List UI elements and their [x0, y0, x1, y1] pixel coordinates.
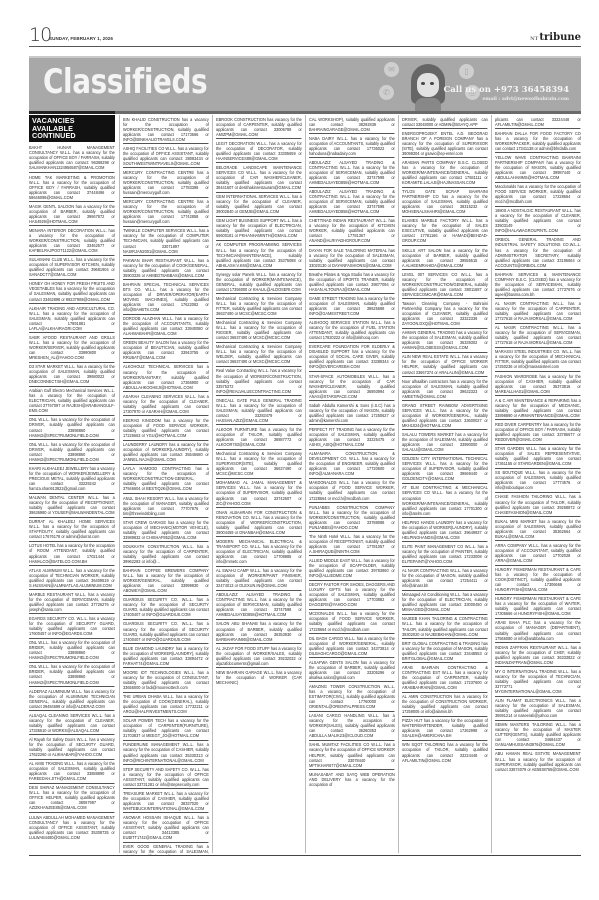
- classified-ad: BLUE DIAMOND LAUNDRY has a vacancy for t…: [123, 644, 209, 668]
- column-divider: [305, 115, 306, 853]
- classified-ad: Real Value Contracting W.L.L. has a vaca…: [216, 367, 302, 396]
- classified-ad: MY G INTERNATIONAL TRADING W.L.L. has a …: [495, 667, 581, 696]
- classified-ad: D3 STAR MARKET W.L.L. has a vacancy for …: [29, 363, 115, 387]
- classified-ad: YELLOW WAVE CONTRACTING BAHRAINI PARTNER…: [495, 153, 581, 182]
- classified-ad: AL NASIR CONTRACTING W.L.L. has a vacanc…: [495, 324, 581, 348]
- classified-ad: Mechanical Contracting & Services Compan…: [216, 294, 302, 318]
- classified-ad: ENERGOPROJEKT ENTEL A.D. BEOGRAD BRANCH …: [402, 129, 488, 158]
- classified-ad: GOLDEN CITY INTERNATIONAL TECHNICAL SERV…: [402, 455, 488, 484]
- classified-ad: SABR AFOOD RESTAURANT AND GRILLS W.L.L. …: [29, 333, 115, 362]
- classified-ad: KHARI ALKHALEEJ JEWELLERY has a vacancy …: [29, 464, 115, 493]
- classified-columns: VACANCIES AVAILABLE CONTINUED BAKHT HUNA…: [29, 115, 581, 856]
- classified-ad: ORBIOL GENERAL TRADING AND INDUSTRIAL SA…: [495, 236, 581, 270]
- classified-ad: HUNGRY FISHERMAN RESTAURANT & CAFE has a…: [495, 595, 581, 619]
- classified-ad: Mechanical Contracting & Services Compan…: [216, 319, 302, 343]
- classified-ad: PAKWAN BHAR RESTAURANT W.L.L. has a vaca…: [123, 256, 209, 280]
- classified-ad: ONAN ALBAHRAIN FOR CONSTRUCTION & RENOVA…: [216, 508, 302, 537]
- classified-ad: ASHIQ FACILITIES CO W.L.L. has a vacancy…: [123, 144, 209, 168]
- section-heading: VACANCIES AVAILABLE CONTINUED: [29, 115, 115, 142]
- classified-ad: MALWAN DENTAL CENTER W.L.L. has a vacanc…: [29, 494, 115, 518]
- classified-ad: ALDERAZ ALUMINIUM W.L.L. has a vacancy f…: [29, 687, 115, 711]
- banner-rule: [29, 111, 581, 114]
- classified-ad: AL AMIS TRADING W.L.L. has a vacancy for…: [29, 760, 115, 784]
- classified-ad: AL NASR CONTRACTING W.L.L. has a vacancy…: [402, 567, 488, 591]
- classified-ad: DURRAT AL KHALEEJ HOME SERVICES W.L.L. h…: [29, 518, 115, 542]
- classified-ad: ALSAFWA GENTS SALON has a vacancy for th…: [309, 658, 395, 682]
- classified-ad: NABA DAIRY W.L.L. has a vacancy for the …: [309, 134, 395, 158]
- classified-ad: HOME TAK MARKETING & PROMOTION W.L.L. ha…: [29, 173, 115, 202]
- email-contact: email : advt@newsofbahrain.com: [482, 97, 569, 102]
- classified-ad: DRIVER, suitably qualified applicants ca…: [402, 115, 488, 129]
- classified-ad: ARRA COMPANY W.L.L. has a vacancy for th…: [495, 541, 581, 565]
- classified-ad: BAHRAIN DALLA FOR FOOD FACTORY CO has a …: [495, 129, 581, 153]
- classified-ad: ALSHOOQ SERVICES STATION W.L.L. has a va…: [309, 319, 395, 343]
- classified-ad: AHMAN GENERAL TRADING has a vacancy for …: [402, 329, 488, 353]
- classified-ad: CAL WORKSHOP), suitably qualified applic…: [309, 115, 395, 134]
- page-number: 10: [29, 26, 51, 45]
- classified-ad: Tawoon Cleaning Company - Bahraini Partn…: [402, 299, 488, 328]
- mail-icon: ✉: [384, 62, 399, 77]
- classified-ad: ALKOHOUZ TECHNICAL SERVICES has a vacanc…: [123, 363, 209, 392]
- issue-date: SUNDAY, FEBRUARY 1, 2026: [49, 36, 113, 41]
- classified-ad: GEM INTERNATIONAL SERVICES W.L.L. has a …: [216, 193, 302, 217]
- classified-ad: GAME STREET TRADING has a vacancy for th…: [309, 294, 395, 318]
- classified-ad: Synergy solar Panels W.L.L. has a vacanc…: [216, 270, 302, 294]
- classified-ad: SALON ABU SHANAB has a vacancy for the o…: [216, 620, 302, 644]
- classified-ad: DIL BAGH CARGO W.L.L. has a vacancy for …: [309, 634, 395, 658]
- classified-ad: ONL W.L.L. has a vacancy for the occupat…: [29, 416, 115, 440]
- classified-ad: GUARDIUS SECURITY CO. W.L.L. has a vacan…: [123, 620, 209, 644]
- classified-ad: MARBLE RESTAURANT W.L.L. has a vacancy f…: [29, 590, 115, 614]
- classified-ad: Mechanical Contracting & Services Compan…: [216, 343, 302, 367]
- classified-ad: Breathe Pilates & Yoga Studio has a vaca…: [309, 270, 395, 294]
- classified-ad: AL AMIN CONSTRUCTION has a vacancy for t…: [402, 693, 488, 717]
- classified-ad: WIN SQOT TAILORING has a vacancy for the…: [402, 741, 488, 764]
- classified-ad: MENARA INTERIOR DECORATION W.L.L. has a …: [29, 226, 115, 255]
- classified-ad: PUNJABBS CONSTRUCTION COMPANY W.L.L. has…: [309, 503, 395, 532]
- classified-ad: SS BOUTIQUE W.L.L. has a vacancy for the…: [495, 469, 581, 493]
- classified-ad: FUNDERLINE MANAGEMENT W.L.L. has a vacan…: [123, 741, 209, 765]
- classified-ad: ALMANARA CONSTRUCTION & DEVELOPMENT CO. …: [309, 450, 395, 479]
- classified-ad: Al Rayah for Safety Doors W.L.L. has a v…: [29, 735, 115, 759]
- customer-service-illustration: [409, 64, 447, 114]
- masthead-logo: NTtribune: [530, 32, 581, 43]
- classified-ad: ABU HAMAN REAL ESTATE MANAGEMENT W.L.L. …: [495, 750, 581, 773]
- classified-ad: The Ninth Hotel W.L.L. has a vacancy for…: [309, 532, 395, 556]
- classified-ad: SOLAR POWER TECH has a vacancy for the o…: [123, 717, 209, 741]
- classified-ad: TREASURE MARKET W.L.L. has a vacancy for…: [123, 789, 209, 813]
- classified-ad: LEGIT DECORATION W.L.L. has a vacancy fo…: [216, 139, 302, 163]
- classified-ad: Noor alhaalbin contractors has a vacancy…: [402, 377, 488, 401]
- classified-ad: MAKDONALDS W.L.L. has a vacancy for the …: [309, 479, 395, 503]
- classified-ad: Mimaaged Air Conditioning W.L.L. has a v…: [402, 591, 488, 615]
- column-3: EBROOK CONSTRUCTION has vacancy for the …: [216, 115, 302, 855]
- classified-ad: DESI SHIRAZ MANAGEMENT CONSULTANCY W.L.L…: [29, 784, 115, 813]
- classified-ad: Arabian Gulf Electro Mechanical Services…: [29, 387, 115, 416]
- masthead-prefix: NT: [530, 36, 538, 42]
- classified-ad: LASANI CARGO HANDLING W.L.L. has a vacan…: [309, 712, 395, 741]
- classified-ad: MERCURY CONTRACTING CENTRE has a vacancy…: [123, 198, 209, 227]
- classified-ad: RED DIVER CARPENTRY has a vacancy for th…: [495, 420, 581, 444]
- classified-ad: BRIT GLOBAL CONTRACTING & TRADING has a …: [402, 639, 488, 663]
- classified-ad: AL NASIR CONTRACTING W.L.L. has a vacanc…: [495, 299, 581, 323]
- classified-ad: NEW BAHRAIN GARAGE W.L.L. has a vacancy …: [216, 668, 302, 686]
- column-5: DRIVER, suitably qualified applicants ca…: [402, 115, 488, 855]
- classified-ad: ELAMES MARBLE FACTORY W.L.L. has a vacan…: [402, 217, 488, 246]
- classified-ad: GEM LIGHT BUSINESS SUPPORT W.L.L. has a …: [216, 217, 302, 241]
- classified-ad: SULAIMANI CLUB W.L.L. has a vacancy for …: [29, 256, 115, 280]
- classified-ad: ALLIED MIDDLE EAST W.L.L. has a vacancy …: [309, 556, 395, 580]
- classified-ad: ANUL SHAH RESORT W.L.L. has a vacancy fo…: [123, 494, 209, 518]
- classified-ad: EBROOK CONSTRUCTION has vacancy for the …: [216, 115, 302, 139]
- classified-ad: BIN KHALID CONSTRUCTION has a vacancy fo…: [123, 115, 209, 144]
- classified-ad: ARABIAN PARTS COMPANY B.S.C. CLOSED has …: [402, 158, 488, 187]
- phone-icon: ✆: [379, 85, 394, 100]
- classified-ad: INDIAN ZAFFRAN RESTAURANT W.L.L. has a v…: [495, 643, 581, 667]
- classified-ad: Macdonalds has a vacancy for the occupat…: [495, 183, 581, 207]
- column-4: CAL WORKSHOP), suitably qualified applic…: [309, 115, 395, 855]
- classified-ad: plicants can contact 33224448 or AFLAMIL…: [495, 115, 581, 129]
- classified-ad: AMAZING TOWER CONSTRUCTION W.L.L. has a …: [309, 682, 395, 711]
- classified-ad: LAUNDERRY LAUNDRY has a vacancy for the …: [123, 441, 209, 465]
- classified-ad: THE URBAN DHABA W.L.L. has a vacancy for…: [123, 693, 209, 717]
- column-2: BIN KHALID CONSTRUCTION has a vacancy fo…: [123, 115, 209, 855]
- classified-ad: MUNASABAT AND SAYQ WEB OPERATION AND DEL…: [309, 770, 395, 788]
- classified-ad: AL SWAHJ CAMP W.L.L. has a vacancy for t…: [216, 567, 302, 591]
- classified-ad: STEP SECURITY AND SAFETY CO. W.L.L. has …: [123, 765, 209, 789]
- classified-ad: ALSAQAL CLEANING SERVICES W.L.L. has a v…: [29, 711, 115, 735]
- classified-ad: GRAND STREET RAINBOW ADVERTISING SERVICE…: [402, 401, 488, 430]
- classified-ad: ALKOOR FURNITURE has a vacancy for the o…: [216, 425, 302, 449]
- classified-ad: ELITE PAINT MANAGEMENT CO W.L.L. has a v…: [402, 542, 488, 566]
- classified-ad: ALIN FLAMAT ELECTRONICS W.L.L. has a vac…: [495, 697, 581, 721]
- phone-contact: Call us on +973 36458394: [443, 85, 569, 95]
- classified-ad: GUARDIUS SECURITY CO. W.L.L. has a vacan…: [123, 596, 209, 620]
- classified-ad: SKILLS ART SALON has a vacancy for the o…: [402, 246, 488, 270]
- classified-ad: Sabah Abdulla Kamershi & Sons (I.S.C) ha…: [309, 401, 395, 425]
- classified-ad: FASHION WARDROBE has a vacancy for the o…: [495, 372, 581, 396]
- classified-ad: AL JAZAF FOR FOOD STUFF has a vacancy fo…: [216, 644, 302, 668]
- classified-ad: PERFECT FIT TRADING has a vacancy for th…: [309, 425, 395, 449]
- classified-ad: ALIN NEW REAL ESTATE W.L.L. has a vacanc…: [402, 353, 488, 377]
- classified-ad: LULWA ABDULLAH MOHAMED MANAGEMENT CONSUL…: [29, 813, 115, 841]
- classified-ad: ONL W.L.L. has a vacancy for the occupat…: [29, 440, 115, 464]
- column-divider: [119, 115, 120, 853]
- classified-ad: AT ELM CONTRACTING & MECHANICAL SERVICES…: [402, 484, 488, 518]
- classified-ad: MAGIK GENTL SALOON has a vacancy for the…: [29, 202, 115, 226]
- classified-ad: ARAB BAHRAIN CONTRACTING & CONTRACTING E…: [402, 663, 488, 692]
- classified-ad: ASARAH CLEANING SERVICES W.L.L. has a va…: [123, 392, 209, 416]
- classified-ad: MODERN MECHANICAL ELECTRICAL & TRANSPORT…: [216, 537, 302, 566]
- classified-ad: ABDULAZIZ ALSAYED TRADING & CONTRACTING …: [216, 591, 302, 620]
- section-title: Classifieds: [43, 60, 207, 104]
- classified-ad: EVERCARE FOUNDATION FOR ELDERLY & DISABL…: [309, 343, 395, 372]
- classified-ad: EVER GOOD GENERAL TRADING has a vacancy …: [123, 843, 209, 855]
- classified-ad: HELPING HANDS LAUNDRY has a vacancy for …: [402, 518, 488, 542]
- classified-ad: SAHIL MUMTAZ FACILITIES CO W.L.L. has a …: [309, 741, 395, 770]
- classified-ad: TWINKLE COMPUTER SERVICES W.L.L. has a v…: [123, 227, 209, 256]
- classified-ad: HUNGRY FISHERMAN RESTAURANT & CAFE has a…: [495, 566, 581, 595]
- classified-ad: SALALU TOWERS MARKET has a vacancy for t…: [402, 430, 488, 454]
- classified-ad: BAHRAIN SPECIAL TECHNICAL SERVICES BTS C…: [123, 280, 209, 314]
- classified-ad: BAHRAIN COFFEE BREWERS COMPANY W.L.L. ha…: [123, 567, 209, 596]
- classified-ad: KEERAD KINGDOM has a vacancy for the occ…: [123, 416, 209, 440]
- column-6: plicants can contact 33224448 or AFLAMIL…: [495, 115, 581, 855]
- classified-ad: CHASE FASHION TAILORING W.L.L. has a vac…: [495, 493, 581, 517]
- classified-ad: SEMIN MASTERS TAILORING W.L.L. has a vac…: [495, 721, 581, 750]
- masthead-name: tribune: [539, 32, 581, 43]
- classified-ad: ATLAS ALMINIUM W.L.L. has a vacancy for …: [29, 566, 115, 590]
- classified-ad: NAJEEB KHAN TAILORING & CONTRACTING W.L.…: [402, 615, 488, 639]
- page-header: 10 SUNDAY, FEBRUARY 1, 2026 NTtribune: [29, 26, 581, 47]
- classifieds-banner: Classifieds ✉ ✆ ▯ ⎙ Call us on +973 3645…: [29, 56, 581, 114]
- classified-ad: DAYAN FOR SALE TAILORING MATERIAL has a …: [309, 246, 395, 270]
- classified-ad: A & C AIR MAINTENANCE & REPAIRING has a …: [495, 396, 581, 420]
- classified-ad: Mechanical Contracting & Services Compan…: [216, 450, 302, 479]
- classified-ad: MOORE IOT TECHNOLOGIES W.L.L. has a vaca…: [123, 668, 209, 692]
- column-divider: [398, 115, 399, 853]
- classified-ad: LAYLA HAMOOD CONTRACTING has a vacancy f…: [123, 465, 209, 494]
- classified-ad: STAR CREW GARAGE has a vacancy for the o…: [123, 518, 209, 542]
- classified-ad: SOUKKATH CONSTRUCTION W.L.L. has a vacan…: [123, 542, 209, 566]
- classified-ad: BAKHT HUNAR MANAGEMENT CONSULTANCY W.L.L…: [29, 144, 115, 173]
- classified-ad: STAR-SPACE AUTOMOBILES W.L.L. has a vaca…: [309, 372, 395, 401]
- classified-ad: HONEY OH HONEY FOR FRESH FRUITS AND VEGE…: [29, 280, 115, 304]
- classified-ad: MARASSI STEEL INDUSTRIES CO. W.L.L. has …: [495, 348, 581, 372]
- classified-ad: ABDULAZIZ ALSAYED TRADING & CONTRACTING …: [309, 188, 395, 217]
- classified-ad: ANOWAR HOSSAIN ISHAQUE W.L.L. has a vaca…: [123, 813, 209, 842]
- newspaper-page: 10 SUNDAY, FEBRUARY 1, 2026 NTtribune Cl…: [29, 0, 581, 900]
- classified-ad: DOROOB ALAZHAN W.L.L. has a vacancy for …: [123, 315, 209, 339]
- classified-ad: CHETTINAD INDIAN RESTAURANT W.L.L. has a…: [309, 217, 395, 246]
- classified-ad: ONL W.L.L. has a vacancy for the occupat…: [29, 663, 115, 687]
- classified-ad: AK COMPUTER PROGRAMMING SERVICES W.L.L. …: [216, 241, 302, 270]
- classified-ad: BELGRADE LANDSCAPE MAINTENANCE SERVICES …: [216, 163, 302, 192]
- classified-ad: ARAB BAHA PLC has a vacancy for the occu…: [495, 619, 581, 643]
- classified-ad: EGARDS SECURITY CO. W.L.L. has a vacancy…: [29, 614, 115, 638]
- classified-ad: MOHAMMAD AL JAMAL MANAGEMENT & SERVICES …: [216, 479, 302, 508]
- classified-ad: LOTUS HOTEL has a vacancy for the occupa…: [29, 542, 115, 566]
- classified-ad: ALKHAIR TRADING AND AGRICULTURAL CO. W.L…: [29, 304, 115, 333]
- classified-ad: DECRY FASTOR FOR SHOES, DAGGERS AND LUXU…: [309, 581, 395, 610]
- classified-ad: BUKAL MINI MARKET has a vacancy for the …: [495, 517, 581, 541]
- classified-ad: MCDONALDS W.L.L. has a vacancy for the o…: [309, 610, 395, 634]
- column-1: VACANCIES AVAILABLE CONTINUED BAKHT HUNA…: [29, 115, 115, 855]
- classified-ad: GREEN BEAUTY SALON has a vacancy for the…: [123, 339, 209, 363]
- classified-ad: ONECALL GATE PULS GENERAL TRADING W.L.L.…: [216, 396, 302, 425]
- classified-ad: TYLOS GATE SCRAP BAHRAINI PARTNERSHIP CO…: [402, 188, 488, 217]
- classified-ad: ONL W.L.L. has a vacancy for the occupat…: [29, 639, 115, 663]
- column-divider: [212, 115, 213, 853]
- classified-ad: PIZZA HUT has a vacancy for the occupati…: [402, 717, 488, 741]
- column-divider: [491, 115, 492, 853]
- classified-ad: 1980S A NOSTALGIC RESTAURANT W.L.L. has …: [495, 207, 581, 236]
- classified-ad: BAHRAIN SERVICES & MAINTENANCE COMPANY B…: [495, 270, 581, 299]
- classified-ad: LEVEL 007 SERVICES CO W.L.L. has a vacan…: [402, 270, 488, 299]
- tablet-icon: ▯: [459, 64, 474, 79]
- classified-ad: ABDULAZIZ ALSAYED TRADING & CONTRACTING …: [309, 158, 395, 187]
- classified-ad: MERCURY CONTRACTING CENTRE has a vacancy…: [123, 168, 209, 197]
- classified-ad: STAR GARDEN W.L.L. has a vacancy for the…: [495, 445, 581, 469]
